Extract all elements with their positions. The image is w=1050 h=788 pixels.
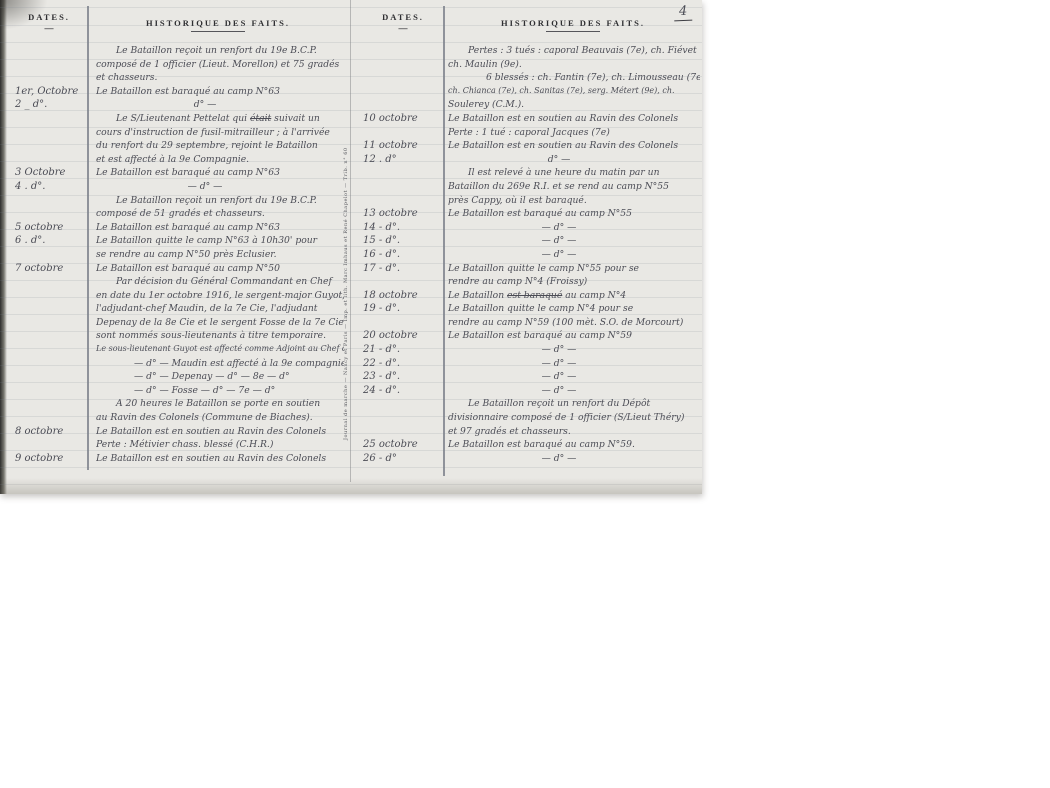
ledger-line: rendre au camp N°4 (Froissy) <box>358 276 700 290</box>
entry-text: Le Bataillon est baraqué au camp N°50 <box>96 263 344 274</box>
right-historique-header: HISTORIQUE DES FAITS. <box>448 18 698 32</box>
entry-text: Depenay de la 8e Cie et le sergent Fosse… <box>96 317 344 328</box>
entry-text: Le Bataillon est baraqué au camp N°55 <box>448 208 700 219</box>
entry-text: Le sous-lieutenant Guyot est affecté com… <box>96 344 344 353</box>
ledger-line: du renfort du 29 septembre, rejoint le B… <box>10 140 344 154</box>
entry-text: Le Bataillon quitte le camp N°63 à 10h30… <box>96 235 344 246</box>
ledger-line: 5 octobreLe Bataillon est baraqué au cam… <box>10 222 344 236</box>
ledger-line: sont nommés sous-lieutenants à titre tem… <box>10 330 344 344</box>
entry-text: Le Bataillon quitte le camp N°4 pour se <box>448 303 700 314</box>
entry-text: et 97 gradés et chasseurs. <box>448 426 700 437</box>
ledger-line: Perte : Métivier chass. blessé (C.H.R.) <box>10 439 344 453</box>
left-dates-dash: — <box>12 23 86 33</box>
ledger-line: près Cappy, où il est baraqué. <box>358 195 700 209</box>
entry-text: près Cappy, où il est baraqué. <box>448 195 700 206</box>
entry-text: d° — <box>448 154 700 165</box>
ledger-line: 2 _ d°.d° — <box>10 99 344 113</box>
ledger-line: 17 - d°.Le Bataillon quitte le camp N°55… <box>358 263 700 277</box>
ledger-line: 15 - d°.— d° — <box>358 235 700 249</box>
ledger-line: 11 octobreLe Bataillon est en soutien au… <box>358 140 700 154</box>
entry-text: Le Bataillon est baraqué au camp N°59. <box>448 439 700 450</box>
page-number: 4 <box>674 4 693 22</box>
date-cell: 20 octobre <box>358 330 448 341</box>
right-dates-header: DATES. — <box>366 12 440 33</box>
entry-text: d° — <box>96 99 344 110</box>
ledger-line: 25 octobreLe Bataillon est baraqué au ca… <box>358 439 700 453</box>
entry-text: se rendre au camp N°50 près Eclusier. <box>96 249 344 260</box>
entry-text: en date du 1er octobre 1916, le sergent-… <box>96 290 344 301</box>
entry-text: l'adjudant-chef Maudin, de la 7e Cie, l'… <box>96 303 344 314</box>
entry-text: Le Bataillon reçoit un renfort du 19e B.… <box>96 195 344 206</box>
entry-text: composé de 1 officier (Lieut. Morellon) … <box>96 59 344 70</box>
date-cell: 1er, Octobre <box>10 86 96 97</box>
date-cell: 6 . d°. <box>10 235 96 246</box>
entry-text: Le Bataillon est baraqué au camp N°63 <box>96 167 344 178</box>
ledger-line: 3 OctobreLe Bataillon est baraqué au cam… <box>10 167 344 181</box>
left-historique-underline <box>191 31 245 32</box>
ledger-line: rendre au camp N°59 (100 mèt. S.O. de Mo… <box>358 317 700 331</box>
entry-text: — d° — <box>448 222 700 233</box>
ledger-line: 9 octobreLe Bataillon est en soutien au … <box>10 453 344 467</box>
ledger-line: Le Bataillon reçoit un renfort du Dépôt <box>358 398 700 412</box>
ledger-line: 18 octobreLe Bataillon est baraqué au ca… <box>358 290 700 304</box>
entry-text: au Ravin des Colonels (Commune de Biache… <box>96 412 344 423</box>
date-cell: 7 octobre <box>10 263 96 274</box>
ledger-line: Le S/Lieutenant Pettelat qui était suiva… <box>10 113 344 127</box>
date-cell: 24 - d°. <box>358 385 448 396</box>
entry-text: Pertes : 3 tués : caporal Beauvais (7e),… <box>448 45 700 56</box>
ledger-line: 7 octobreLe Bataillon est baraqué au cam… <box>10 263 344 277</box>
ledger-line: divisionnaire composé de 1 officier (S/L… <box>358 412 700 426</box>
date-cell: 25 octobre <box>358 439 448 450</box>
entry-text: — d° — Maudin est affecté à la 9e compag… <box>96 358 344 369</box>
ledger-line: au Ravin des Colonels (Commune de Biache… <box>10 412 344 426</box>
entry-text: Perte : 1 tué : caporal Jacques (7e) <box>448 127 700 138</box>
date-cell: 12 . d° <box>358 154 448 165</box>
entry-text: Il est relevé à une heure du matin par u… <box>448 167 700 178</box>
right-page-lines: Pertes : 3 tués : caporal Beauvais (7e),… <box>358 45 700 466</box>
date-cell: 19 - d°. <box>358 303 448 314</box>
entry-text: — d° — <box>448 235 700 246</box>
ledger-line: 14 - d°.— d° — <box>358 222 700 236</box>
entry-text: 6 blessés : ch. Fantin (7e), ch. Limouss… <box>448 72 700 83</box>
date-cell: 17 - d°. <box>358 263 448 274</box>
entry-text: Le Bataillon est baraqué au camp N°4 <box>448 290 700 301</box>
ledger-line: Bataillon du 269e R.I. et se rend au cam… <box>358 181 700 195</box>
entry-text: — d° — <box>448 385 700 396</box>
entry-text: rendre au camp N°4 (Froissy) <box>448 276 700 287</box>
sheet-bottom-edge <box>0 478 702 494</box>
ledger-line: Soulerey (C.M.). <box>358 99 700 113</box>
entry-text: rendre au camp N°59 (100 mèt. S.O. de Mo… <box>448 317 700 328</box>
date-cell: 15 - d°. <box>358 235 448 246</box>
entry-text: Le Bataillon est baraqué au camp N°63 <box>96 86 344 97</box>
entry-text: Le Bataillon reçoit un renfort du 19e B.… <box>96 45 344 56</box>
ledger-line: 24 - d°.— d° — <box>358 385 700 399</box>
ledger-line: Le sous-lieutenant Guyot est affecté com… <box>10 344 344 358</box>
date-cell: 2 _ d°. <box>10 99 96 110</box>
entry-text: Le Bataillon est en soutien au Ravin des… <box>448 140 700 151</box>
entry-text: Soulerey (C.M.). <box>448 99 700 110</box>
ledger-line: ch. Chianca (7e), ch. Sanitas (7e), serg… <box>358 86 700 100</box>
ledger-line: — d° — Depenay — d° — 8e — d° <box>10 371 344 385</box>
date-cell: 16 - d°. <box>358 249 448 260</box>
date-cell: 5 octobre <box>10 222 96 233</box>
entry-text: — d° — Depenay — d° — 8e — d° <box>96 371 344 382</box>
ledger-line: 13 octobreLe Bataillon est baraqué au ca… <box>358 208 700 222</box>
entry-text: divisionnaire composé de 1 officier (S/L… <box>448 412 700 423</box>
entry-text: et chasseurs. <box>96 72 344 83</box>
date-cell: 14 - d°. <box>358 222 448 233</box>
entry-text: Perte : Métivier chass. blessé (C.H.R.) <box>96 439 344 450</box>
ledger-line: Le Bataillon reçoit un renfort du 19e B.… <box>10 45 344 59</box>
left-page-lines: Le Bataillon reçoit un renfort du 19e B.… <box>10 45 344 466</box>
journal-sheet: DATES. — HISTORIQUE DES FAITS. Le Batail… <box>0 0 702 494</box>
date-cell: 11 octobre <box>358 140 448 151</box>
entry-text: Par décision du Général Commandant en Ch… <box>96 276 344 287</box>
ledger-line: et 97 gradés et chasseurs. <box>358 426 700 440</box>
scan-edge-shadow <box>0 0 7 494</box>
ledger-line: se rendre au camp N°50 près Eclusier. <box>10 249 344 263</box>
date-cell: 21 - d°. <box>358 344 448 355</box>
entry-text: — d° — <box>448 249 700 260</box>
entry-text: A 20 heures le Bataillon se porte en sou… <box>96 398 344 409</box>
entry-text: du renfort du 29 septembre, rejoint le B… <box>96 140 344 151</box>
ledger-line: 12 . d°d° — <box>358 154 700 168</box>
entry-text: — d° — <box>96 181 344 192</box>
date-cell: 18 octobre <box>358 290 448 301</box>
ledger-line: Il est relevé à une heure du matin par u… <box>358 167 700 181</box>
entry-text: — d° — Fosse — d° — 7e — d° <box>96 385 344 396</box>
ledger-line: Depenay de la 8e Cie et le sergent Fosse… <box>10 317 344 331</box>
ledger-line: et chasseurs. <box>10 72 344 86</box>
left-historique-label: HISTORIQUE DES FAITS. <box>92 18 344 28</box>
ledger-line: Perte : 1 tué : caporal Jacques (7e) <box>358 127 700 141</box>
entry-text: — d° — <box>448 358 700 369</box>
ledger-line: ch. Maulin (9e). <box>358 59 700 73</box>
ledger-line: 4 . d°.— d° — <box>10 181 344 195</box>
entry-text: sont nommés sous-lieutenants à titre tem… <box>96 330 344 341</box>
entry-text: ch. Chianca (7e), ch. Sanitas (7e), serg… <box>448 86 700 95</box>
date-cell: 23 - d°. <box>358 371 448 382</box>
entry-text: Bataillon du 269e R.I. et se rend au cam… <box>448 181 700 192</box>
right-dates-label: DATES. <box>366 12 440 22</box>
ledger-line: — d° — Maudin est affecté à la 9e compag… <box>10 358 344 372</box>
entry-text: Le S/Lieutenant Pettelat qui était suiva… <box>96 113 344 124</box>
entry-text: Le Bataillon est en soutien au Ravin des… <box>96 426 344 437</box>
ledger-line: 20 octobreLe Bataillon est baraqué au ca… <box>358 330 700 344</box>
right-dates-dash: — <box>366 23 440 33</box>
ledger-line: 19 - d°.Le Bataillon quitte le camp N°4 … <box>358 303 700 317</box>
printer-imprint: Journal de marche — Nancy et Paris — Imp… <box>343 138 349 440</box>
ledger-line: Par décision du Général Commandant en Ch… <box>10 276 344 290</box>
entry-text: — d° — <box>448 371 700 382</box>
entry-text: cours d'instruction de fusil-mitrailleur… <box>96 127 344 138</box>
ledger-line: Le Bataillon reçoit un renfort du 19e B.… <box>10 195 344 209</box>
ledger-line: — d° — Fosse — d° — 7e — d° <box>10 385 344 399</box>
ledger-line: 6 blessés : ch. Fantin (7e), ch. Limouss… <box>358 72 700 86</box>
entry-text: Le Bataillon est baraqué au camp N°59 <box>448 330 700 341</box>
date-cell: 4 . d°. <box>10 181 96 192</box>
ledger-line: et est affecté à la 9e Compagnie. <box>10 154 344 168</box>
date-cell: 26 - d° <box>358 453 448 464</box>
entry-text: Le Bataillon est en soutien au Ravin des… <box>448 113 700 124</box>
ledger-line: Pertes : 3 tués : caporal Beauvais (7e),… <box>358 45 700 59</box>
date-cell: 10 octobre <box>358 113 448 124</box>
entry-text: — d° — <box>448 344 700 355</box>
entry-text: Le Bataillon quitte le camp N°55 pour se <box>448 263 700 274</box>
date-cell: 13 octobre <box>358 208 448 219</box>
page-gutter-line <box>350 0 351 482</box>
ledger-line: 26 - d°— d° — <box>358 453 700 467</box>
ledger-line: composé de 1 officier (Lieut. Morellon) … <box>10 59 344 73</box>
date-cell: 3 Octobre <box>10 167 96 178</box>
ledger-line: cours d'instruction de fusil-mitrailleur… <box>10 127 344 141</box>
ledger-line: A 20 heures le Bataillon se porte en sou… <box>10 398 344 412</box>
left-dates-header: DATES. — <box>12 12 86 33</box>
ledger-line: 8 octobreLe Bataillon est en soutien au … <box>10 426 344 440</box>
entry-text: Le Bataillon reçoit un renfort du Dépôt <box>448 398 700 409</box>
entry-text: — d° — <box>448 453 700 464</box>
entry-text: composé de 51 gradés et chasseurs. <box>96 208 344 219</box>
ledger-line: 10 octobreLe Bataillon est en soutien au… <box>358 113 700 127</box>
ledger-line: composé de 51 gradés et chasseurs. <box>10 208 344 222</box>
ledger-line: en date du 1er octobre 1916, le sergent-… <box>10 290 344 304</box>
ledger-line: 16 - d°.— d° — <box>358 249 700 263</box>
date-cell: 9 octobre <box>10 453 96 464</box>
date-cell: 22 - d°. <box>358 358 448 369</box>
ledger-line: 6 . d°.Le Bataillon quitte le camp N°63 … <box>10 235 344 249</box>
ledger-line: l'adjudant-chef Maudin, de la 7e Cie, l'… <box>10 303 344 317</box>
entry-text: et est affecté à la 9e Compagnie. <box>96 154 344 165</box>
entry-text: Le Bataillon est baraqué au camp N°63 <box>96 222 344 233</box>
scan-canvas: DATES. — HISTORIQUE DES FAITS. Le Batail… <box>0 0 1050 788</box>
left-dates-label: DATES. <box>12 12 86 22</box>
ledger-line: 1er, OctobreLe Bataillon est baraqué au … <box>10 86 344 100</box>
entry-text: ch. Maulin (9e). <box>448 59 700 70</box>
entry-text: Le Bataillon est en soutien au Ravin des… <box>96 453 344 464</box>
ledger-line: 21 - d°.— d° — <box>358 344 700 358</box>
right-historique-label: HISTORIQUE DES FAITS. <box>448 18 698 28</box>
ledger-line: 23 - d°.— d° — <box>358 371 700 385</box>
right-historique-underline <box>546 31 600 32</box>
left-historique-header: HISTORIQUE DES FAITS. <box>92 18 344 32</box>
date-cell: 8 octobre <box>10 426 96 437</box>
ledger-line: 22 - d°.— d° — <box>358 358 700 372</box>
